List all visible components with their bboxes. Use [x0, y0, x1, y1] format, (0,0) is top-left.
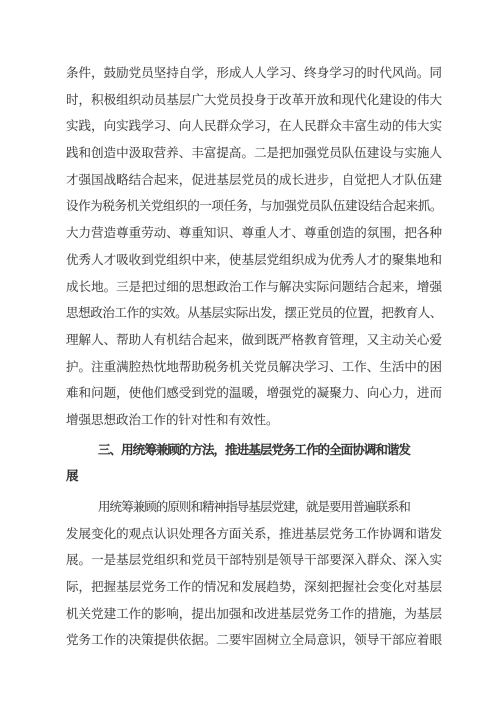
text-line: 展。一是基层党组织和党员干部特别是领导干部要深入群众、深入实: [66, 547, 442, 574]
text-line: 增强思想政治工作的针对性和有效性。: [66, 407, 442, 434]
text-line: 际，把握基层党务工作的情况和发展趋势，深刻把握社会变化对基层: [66, 574, 442, 601]
text-line: 时，积极组织动员基层广大党员投身于改革开放和现代化建设的伟大: [66, 87, 442, 114]
text-line: 发展变化的观点认识处理各方面关系，推进基层党务工作协调和谐发: [66, 521, 442, 548]
text-line: 展: [66, 463, 442, 490]
text-line: 成长地。三是把过细的思想政治工作与解决实际问题结合起来，增强: [66, 274, 442, 301]
text-line: 践和创造中汲取营养、丰富提高。二是把加强党员队伍建设与实施人: [66, 140, 442, 167]
document-page: 条件，鼓励党员坚持自学，形成人人学习、终身学习的时代风尚。同时，积极组织动员基层…: [0, 0, 500, 708]
text-line: 条件，鼓励党员坚持自学，形成人人学习、终身学习的时代风尚。同: [66, 60, 442, 87]
text-line: 才强国战略结合起来，促进基层党员的成长进步，自觉把人才队伍建: [66, 167, 442, 194]
text-line: 理解人、帮助人有机结合起来，做到既严格教育管理，又主动关心爱: [66, 327, 442, 354]
text-line: 难和问题，使他们感受到党的温暖，增强党的凝聚力、向心力，进而: [66, 380, 442, 407]
text-line: 实践，向实践学习、向人民群众学习，在人民群众丰富生动的伟大实: [66, 113, 442, 140]
text-line: 机关党建工作的影响，提出加强和改进基层党务工作的措施，为基层: [66, 601, 442, 628]
text-block: 条件，鼓励党员坚持自学，形成人人学习、终身学习的时代风尚。同时，积极组织动员基层…: [66, 60, 442, 654]
text-line: 思想政治工作的实效。从基层实际出发，摆正党员的位置，把教育人、: [66, 300, 442, 327]
text-line: 大力营造尊重劳动、尊重知识、尊重人才、尊重创造的氛围，把各种: [66, 220, 442, 247]
text-line: 三、用统筹兼顾的方法，推进基层党务工作的全面协调和谐发: [66, 437, 442, 464]
text-line: 优秀人才吸收到党组织中来，使基层党组织成为优秀人才的聚集地和: [66, 247, 442, 274]
text-line: 设作为税务机关党组织的一项任务，与加强党员队伍建设结合起来抓。: [66, 193, 442, 220]
paragraph-continuation: 条件，鼓励党员坚持自学，形成人人学习、终身学习的时代风尚。同时，积极组织动员基层…: [66, 60, 442, 434]
text-line: 党务工作的决策提供依据。二要牢固树立全局意识，领导干部应着眼: [66, 627, 442, 654]
section-heading: 三、用统筹兼顾的方法，推进基层党务工作的全面协调和谐发展: [66, 437, 442, 490]
text-line: 用统筹兼顾的原则和精神指导基层党建，就是要用普遍联系和: [66, 494, 442, 521]
paragraph-body: 用统筹兼顾的原则和精神指导基层党建，就是要用普遍联系和发展变化的观点认识处理各方…: [66, 494, 442, 654]
text-line: 护。注重满腔热忱地帮助税务机关党员解决学习、工作、生活中的困: [66, 354, 442, 381]
